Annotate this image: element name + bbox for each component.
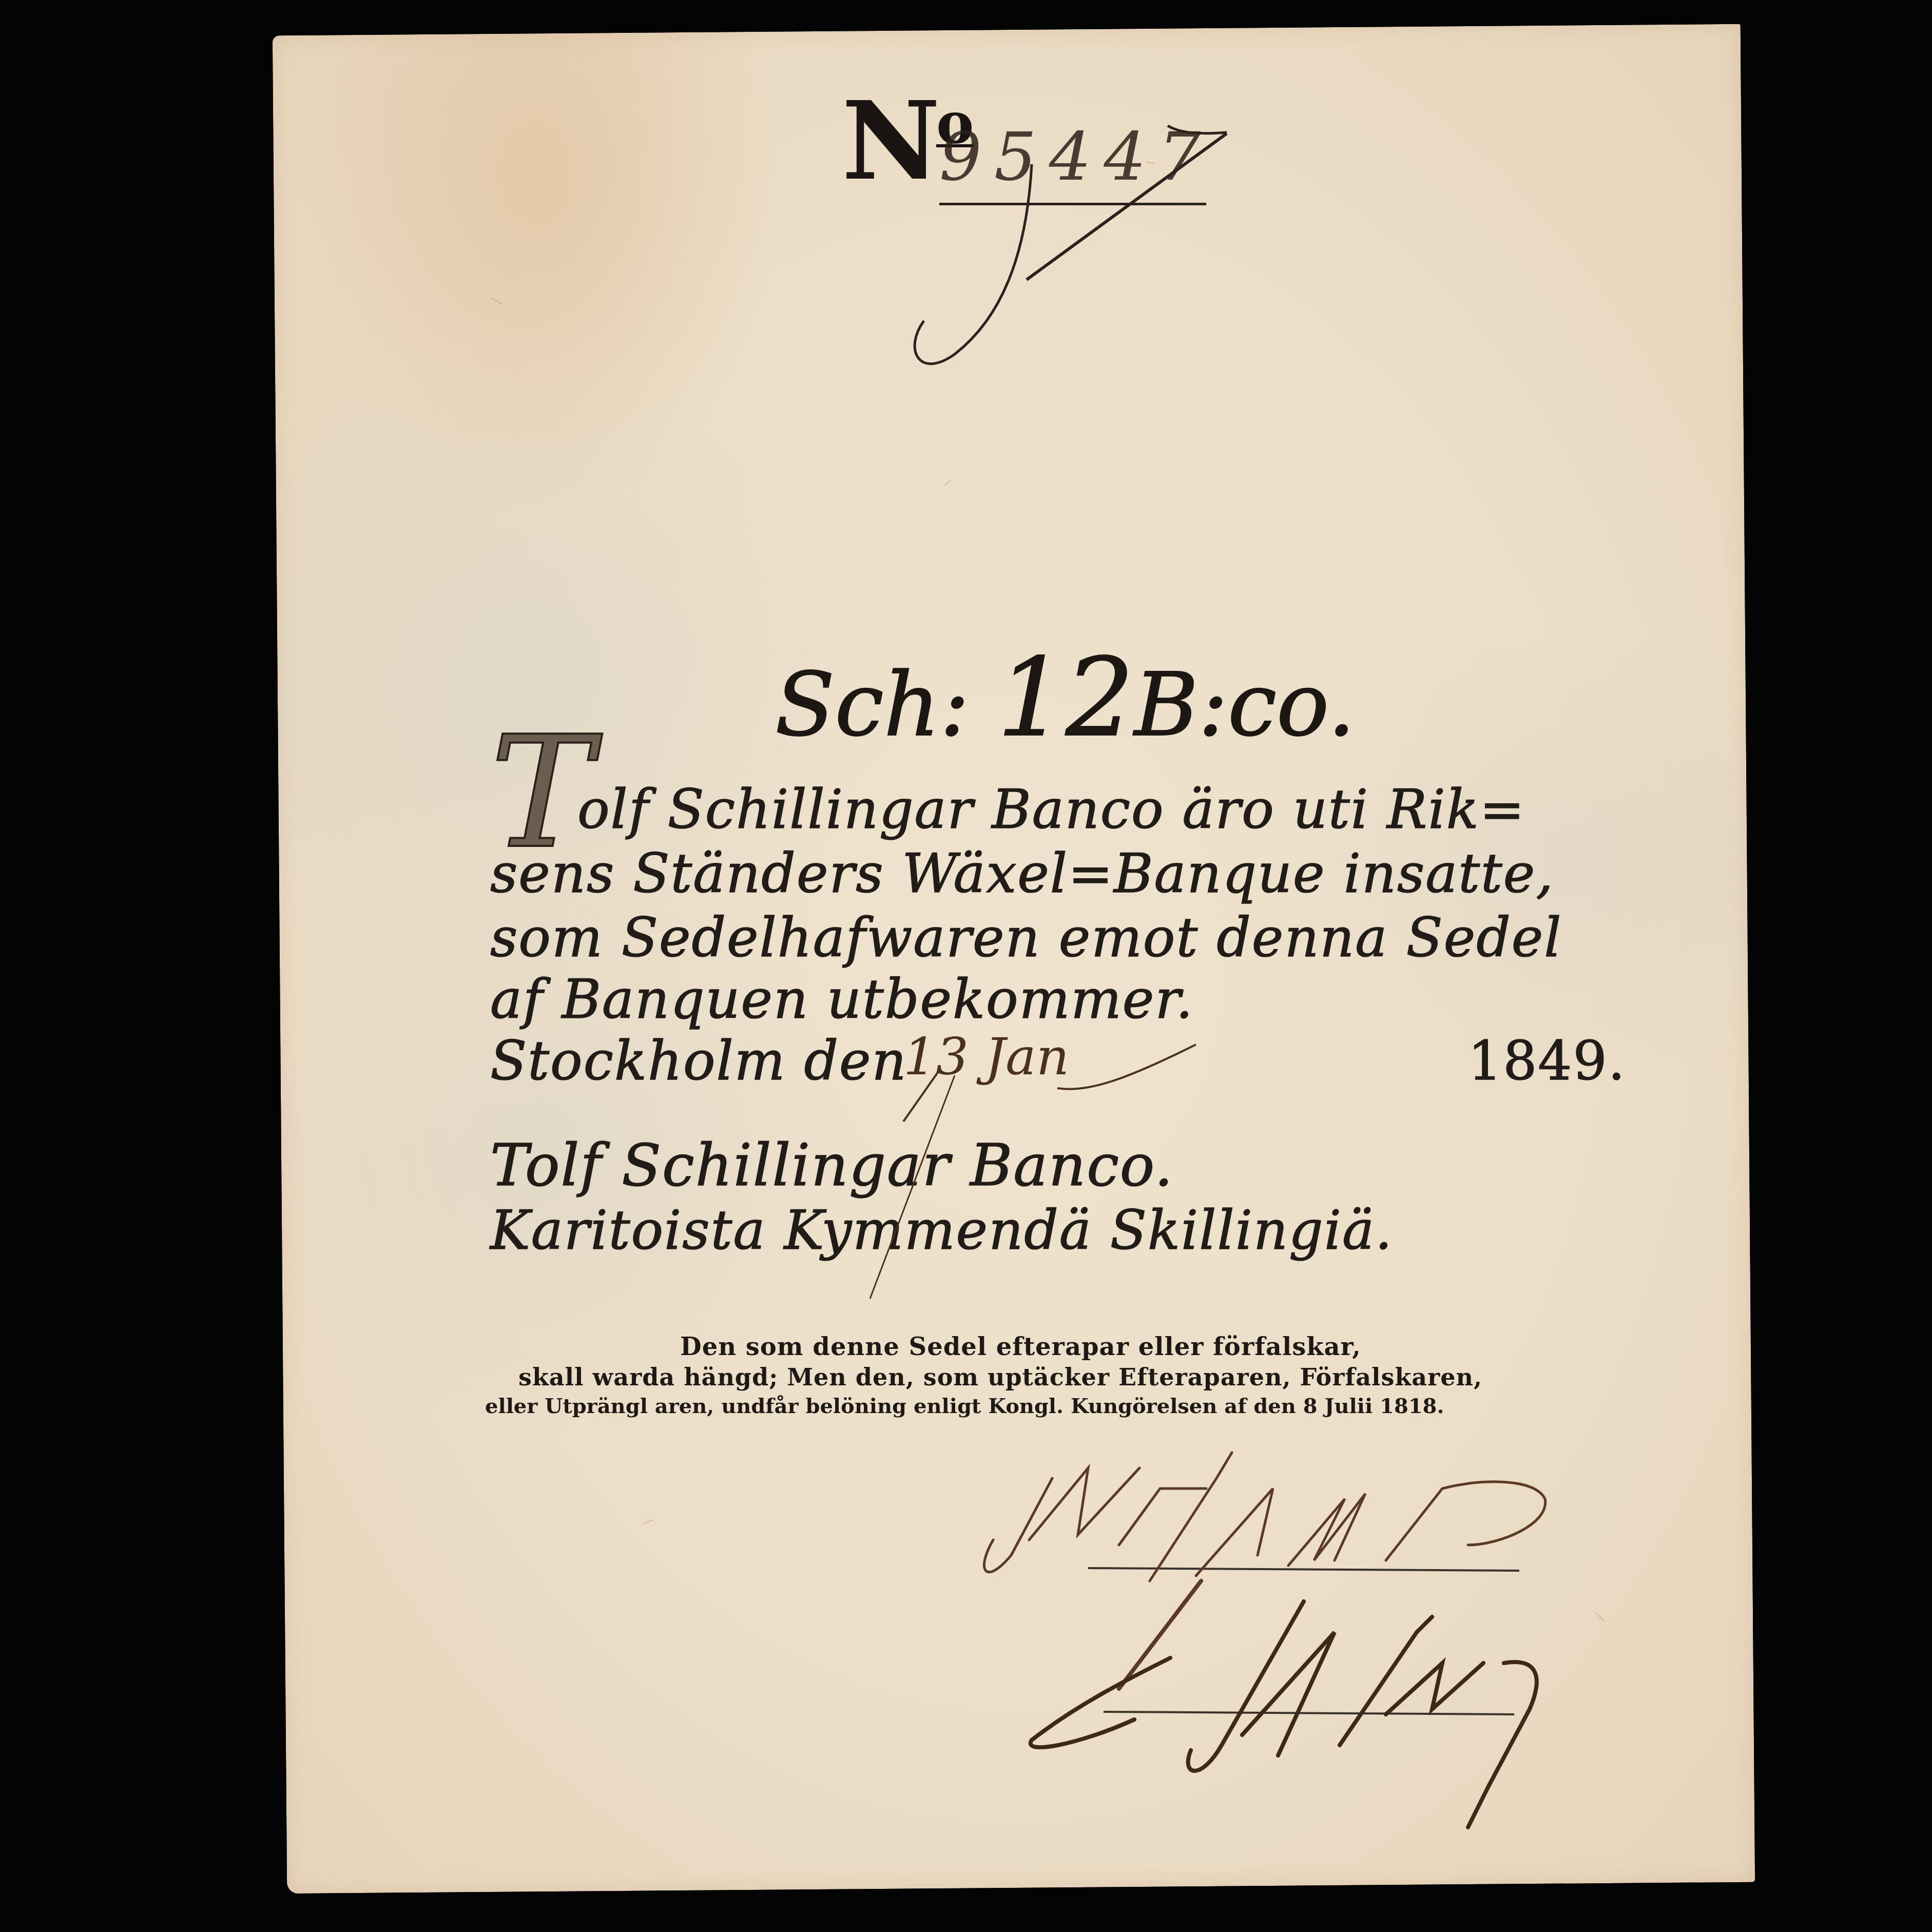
warning-line-3: eller Utprängl aren, undfår belöning enl… [485,1396,1444,1417]
warning-line-2: skall warda hängd; Men den, som uptäcker… [518,1365,1482,1389]
paper-fiber [491,298,503,305]
photo-stage: No 95447 Sch: 12B:co. T olf Schillingar … [0,0,1932,1932]
serial-number-handwritten: 95447 [939,123,1213,190]
body-line-2: sens Ständers Wäxel=Banque insatte, [490,847,1554,900]
body-line-1: olf Schillingar Banco äro uti Rik= [577,783,1525,836]
denomination-amount: 12 [997,635,1134,761]
date-handwritten: 13 Jan [903,1027,1069,1087]
paper-fiber [1595,1612,1605,1621]
denomination-suffix: B:co. [1134,654,1356,756]
paper-fiber [944,479,952,486]
denomination-heading: Sch: 12B:co. [775,644,1356,752]
body-line-4: af Banquen utbekommer. [490,973,1194,1026]
amount-words-swedish: Tolf Schillingar Banco. [490,1137,1174,1194]
serial-underline [939,203,1206,205]
paper-fiber [644,1519,653,1524]
body-line-3: som Sedelhafwaren emot denna Sedel [490,911,1562,964]
place-prefix: Stockholm den [490,1034,907,1088]
denomination-prefix: Sch: [775,654,969,756]
amount-words-finnish: Karitoista Kymmendä Skillingiä. [490,1204,1393,1257]
warning-line-1: Den som denne Sedel efterapar eller förf… [680,1335,1361,1359]
issue-year: 1849. [1468,1034,1626,1088]
